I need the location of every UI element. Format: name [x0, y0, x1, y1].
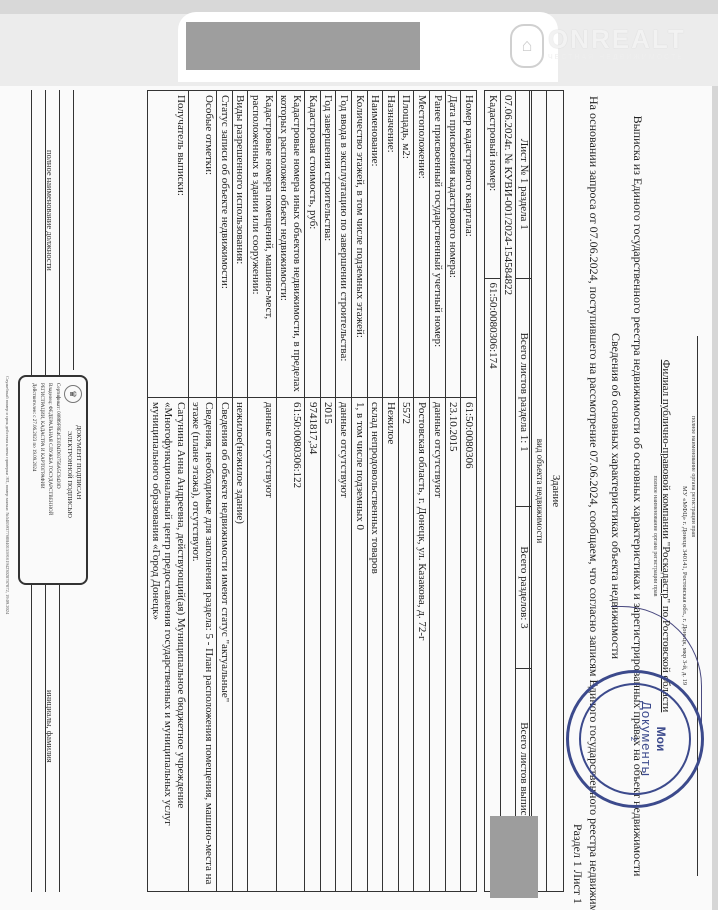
- table-row: Особые отметки:Сведения, необходимые для…: [188, 91, 216, 892]
- cadastral-value: 61:50:0080306:174: [485, 278, 501, 892]
- official-stamp: Мои Документы 2: [566, 670, 704, 808]
- table-row: Статус записи об объекте недвижимости:Св…: [217, 91, 233, 892]
- table-row: Назначение:Нежилое: [383, 91, 399, 892]
- ecp-owner: Владелец: ФЕДЕРАЛЬНАЯ СЛУЖБА ГОСУДАРСТВЕ…: [46, 383, 52, 515]
- watermark-subtitle: ЧЕСТНАЯ НЕДВИЖИМОСТЬ: [548, 54, 684, 61]
- header-rule: [697, 336, 698, 876]
- row-value: склад непродовольственных товаров: [367, 398, 383, 892]
- row-label: Получатель выписки:: [147, 91, 188, 398]
- table-row: Ранее присвоенный государственный учетны…: [430, 91, 446, 892]
- row-value: Сагунина Анна Андреевна, действующий(ая)…: [147, 398, 188, 892]
- row-value: данные отсутствуют: [336, 398, 352, 892]
- object-type-caption: вид объекта недвижимости: [530, 91, 547, 892]
- row-value: 1, в том числе подземных 0: [351, 398, 367, 892]
- table-row: Дата присвоения кадастрового номера:23.1…: [445, 91, 461, 892]
- row-label: Особые отметки:: [188, 91, 216, 398]
- row-label: Количество этажей, в том числе подземных…: [351, 91, 367, 398]
- stamp-line2: Документы: [638, 699, 653, 779]
- signature-block: полное наименование должности инициалы, …: [6, 90, 98, 892]
- sheets-in-section: Всего листов раздела 1: 1: [516, 278, 532, 506]
- stamp-number: 2: [629, 699, 638, 779]
- sheet-number: Лист № 1 раздела 1: [516, 91, 532, 279]
- redaction-block-right: [490, 816, 538, 898]
- row-label: Назначение:: [383, 91, 399, 398]
- object-type-table: Здание вид объекта недвижимости: [529, 90, 564, 892]
- row-label: Кадастровые номера помещений, машино-мес…: [248, 91, 276, 398]
- table-row: Получатель выписки:Сагунина Анна Андреев…: [147, 91, 188, 892]
- ecp-cert: Сертификат: 00889F8E4CE0D4D03756A5C9420D: [54, 383, 60, 489]
- ecp-subtitle: ЭЛЕКТРОННОЙ ПОДПИСЬЮ: [66, 431, 73, 518]
- photo-frame: ⌂ ONREALT ЧЕСТНАЯ НЕДВИЖИМОСТЬ полное на…: [0, 0, 718, 910]
- ecp-title: ДОКУМЕНТ ПОДПИСАН: [75, 425, 82, 499]
- house-icon: ⌂: [510, 24, 544, 68]
- table-row: Кадастровые номера помещений, машино-мес…: [248, 91, 276, 892]
- table-row: Количество этажей, в том числе подземных…: [351, 91, 367, 892]
- row-value: 9741817,34: [304, 398, 320, 892]
- ecp-owner2: РЕГИСТРАЦИИ, КАДАСТРА И КАРТОГРАФИИ: [38, 383, 44, 489]
- row-label: Кадастровая стоимость, руб:: [304, 91, 320, 398]
- emblem-icon: ♛: [64, 385, 82, 403]
- egrn-extract: полное наименование органа регистрации п…: [0, 86, 712, 910]
- row-label: Год завершения строительства:: [320, 91, 336, 398]
- table-row: Номер кадастрового квартала:61:50:008030…: [461, 91, 477, 892]
- row-value: 2015: [320, 398, 336, 892]
- row-value: Ростовская область, г. Донецк, ул. Казак…: [414, 398, 430, 892]
- table-row: Кадастровые номера иных объектов недвижи…: [276, 91, 304, 892]
- row-value: данные отсутствуют: [430, 398, 446, 892]
- table-row: Наименование:склад непродовольственных т…: [367, 91, 383, 892]
- footnote: Служебный номер и срок действия ключа пр…: [5, 376, 10, 614]
- section-label: Раздел 1 Лист 1: [570, 824, 584, 904]
- row-value: 23.10.2015: [445, 398, 461, 892]
- row-label: Номер кадастрового квартала:: [461, 91, 477, 398]
- row-value: нежилое(нежилое здание): [232, 398, 248, 892]
- name-caption: инициалы, фамилия: [44, 690, 54, 763]
- row-label: Кадастровые номера иных объектов недвижи…: [276, 91, 304, 398]
- position-caption: полное наименование должности: [44, 150, 54, 271]
- row-label: Статус записи об объекте недвижимости:: [217, 91, 233, 398]
- row-value: Сведения, необходимые для заполнения раз…: [188, 398, 216, 892]
- document-page: полное наименование органа регистрации п…: [0, 86, 718, 910]
- mfc-caption: полное наименование органа регистрации п…: [689, 416, 696, 537]
- stamp-line1: Мои: [653, 699, 667, 779]
- e-signature-box: ♛ ДОКУМЕНТ ПОДПИСАН ЭЛЕКТРОННОЙ ПОДПИСЬЮ…: [18, 375, 88, 585]
- row-value: 61:50:0080306:122: [276, 398, 304, 892]
- table-row: Площадь, м2:5572: [398, 91, 414, 892]
- row-label: Дата присвоения кадастрового номера:: [445, 91, 461, 398]
- row-label: Площадь, м2:: [398, 91, 414, 398]
- sheet-info-table: Лист № 1 раздела 1 Всего листов раздела …: [484, 90, 532, 892]
- row-value: Нежилое: [383, 398, 399, 892]
- cadastral-label: Кадастровый номер:: [485, 91, 501, 279]
- row-value: 5572: [398, 398, 414, 892]
- table-row: Год ввода в эксплуатацию по завершении с…: [336, 91, 352, 892]
- row-label: Местоположение:: [414, 91, 430, 398]
- row-value: Сведения об объекте недвижимости имеют с…: [217, 398, 233, 892]
- table-row: Год завершения строительства:2015: [320, 91, 336, 892]
- ecp-valid: Действителен: с 27.06.2023 по 19.09.2024: [30, 383, 36, 471]
- row-label: Год ввода в эксплуатацию по завершении с…: [336, 91, 352, 398]
- row-value: 61:50:0080306: [461, 398, 477, 892]
- redaction-block: [186, 22, 420, 70]
- watermark-brand: ONREALT: [548, 24, 686, 55]
- table-row: Виды разрешенного использования:нежилое(…: [232, 91, 248, 892]
- row-label: Виды разрешенного использования:: [232, 91, 248, 398]
- object-type-value: Здание: [547, 91, 564, 892]
- characteristics-table: Номер кадастрового квартала:61:50:008030…: [147, 90, 477, 892]
- sections-total: Всего разделов: 3: [516, 506, 532, 669]
- watermark-logo: ⌂ ONREALT ЧЕСТНАЯ НЕДВИЖИМОСТЬ: [510, 24, 710, 64]
- table-row: Местоположение:Ростовская область, г. До…: [414, 91, 430, 892]
- table-row: Кадастровая стоимость, руб:9741817,34: [304, 91, 320, 892]
- extract-number: 07.06.2024г. № КУВИ-001/2024-154584822: [500, 91, 516, 892]
- row-label: Ранее присвоенный государственный учетны…: [430, 91, 446, 398]
- row-value: данные отсутствуют: [248, 398, 276, 892]
- row-label: Наименование:: [367, 91, 383, 398]
